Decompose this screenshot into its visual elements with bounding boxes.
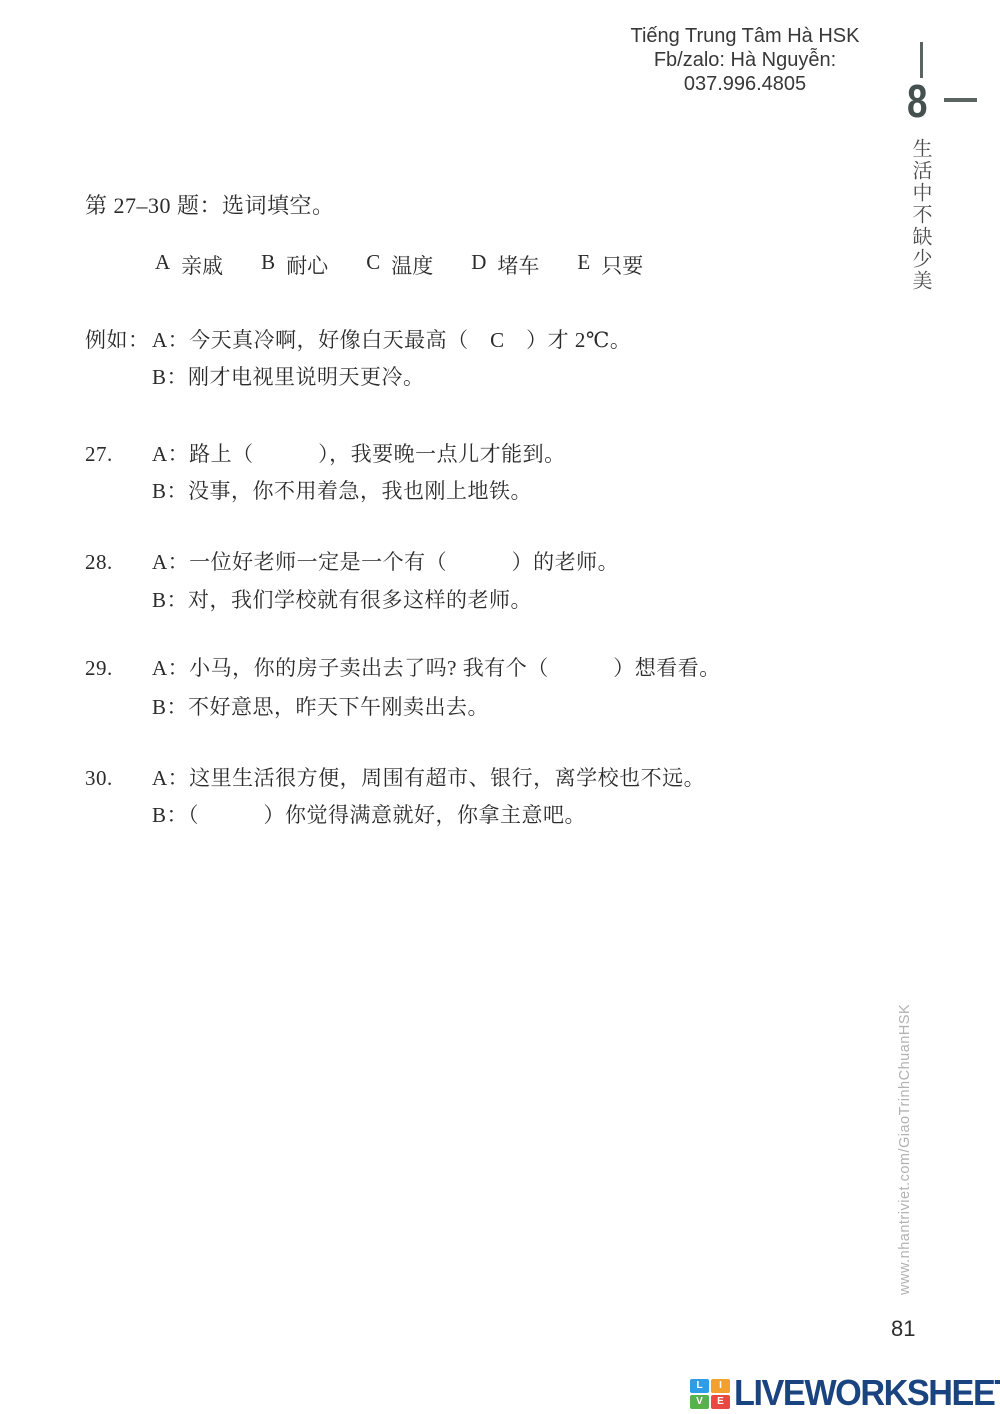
option-letter: A	[155, 250, 170, 280]
logo-square-e: E	[711, 1395, 730, 1409]
chapter-title-vertical: 生活中不缺少美	[906, 138, 935, 292]
word-bank: A 亲戚 B 耐心 C 温度 D 堵车 E 只要	[155, 250, 643, 280]
brand-line2: Fb/zalo: Hà Nguyễn: 037.996.4805	[595, 48, 895, 96]
logo-square-v: V	[690, 1395, 709, 1409]
option-word: 堵车	[497, 250, 539, 280]
word-bank-option-c: C 温度	[366, 250, 433, 280]
chapter-divider-horizontal	[944, 98, 977, 102]
option-word: 温度	[391, 250, 433, 280]
question-29-line-b: B：不好意思，昨天下午刚卖出去。	[85, 694, 489, 721]
word-bank-option-a: A 亲戚	[155, 250, 223, 280]
dialogue-text: B：对，我们学校就有很多这样的老师。	[152, 587, 532, 614]
logo-square-i: I	[711, 1379, 730, 1393]
brand-line1: Tiếng Trung Tâm Hà HSK	[595, 24, 895, 48]
brand-header: Tiếng Trung Tâm Hà HSK Fb/zalo: Hà Nguyễ…	[595, 24, 895, 96]
question-27-line-a: 27. A：路上（ ），我要晚一点儿才能到。	[85, 441, 566, 468]
dialogue-text: B：不好意思，昨天下午刚卖出去。	[152, 694, 489, 721]
example-line-a: 例如： A：今天真冷啊，好像白天最高（ C ）才 2℃。	[85, 327, 631, 354]
liveworksheets-wordmark: LIVEWORKSHEETS	[734, 1376, 1000, 1410]
dialogue-text: A：一位好老师一定是一个有（ ）的老师。	[152, 549, 619, 576]
question-number: 29.	[85, 655, 152, 682]
dialogue-text: B：刚才电视里说明天更冷。	[152, 364, 425, 391]
question-30-line-a: 30. A：这里生活很方便，周围有超市、银行，离学校也不远。	[85, 765, 705, 792]
word-bank-option-e: E 只要	[577, 250, 643, 280]
option-letter: B	[261, 250, 275, 280]
question-number: 27.	[85, 441, 152, 468]
question-number: 30.	[85, 765, 152, 792]
option-letter: D	[471, 250, 486, 280]
option-letter: C	[366, 250, 380, 280]
question-28-line-a: 28. A：一位好老师一定是一个有（ ）的老师。	[85, 549, 619, 576]
option-letter: E	[577, 250, 590, 280]
question-30-line-b: B：（ ）你觉得满意就好，你拿主意吧。	[85, 802, 586, 829]
page-number: 81	[891, 1316, 915, 1342]
dialogue-text: A：路上（ ），我要晚一点儿才能到。	[152, 441, 566, 468]
example-line-b: B：刚才电视里说明天更冷。	[85, 364, 425, 391]
liveworksheets-logo[interactable]: L I V E LIVEWORKSHEETS	[690, 1376, 1000, 1410]
question-number: 28.	[85, 549, 152, 576]
dialogue-text: A：今天真冷啊，好像白天最高（ C ）才 2℃。	[152, 327, 631, 354]
dialogue-text: A：小马，你的房子卖出去了吗? 我有个（ ）想看看。	[152, 655, 721, 682]
question-29-line-a: 29. A：小马，你的房子卖出去了吗? 我有个（ ）想看看。	[85, 655, 721, 682]
example-label: 例如：	[85, 327, 152, 354]
word-bank-option-b: B 耐心	[261, 250, 328, 280]
chapter-divider-vertical	[920, 42, 923, 78]
chapter-number: 8	[907, 78, 927, 124]
liveworksheets-logo-icon: L I V E	[690, 1379, 730, 1409]
question-28-line-b: B：对，我们学校就有很多这样的老师。	[85, 587, 532, 614]
exercise-title: 第 27–30 题：选词填空。	[85, 189, 335, 220]
option-word: 只要	[601, 250, 643, 280]
dialogue-text: A：这里生活很方便，周围有超市、银行，离学校也不远。	[152, 765, 705, 792]
dialogue-text: B：没事，你不用着急，我也刚上地铁。	[152, 478, 532, 505]
publisher-url-vertical: www.nhantriviet.com/GiaoTrinhChuanHSK	[897, 1003, 913, 1295]
logo-square-l: L	[690, 1379, 709, 1393]
word-bank-option-d: D 堵车	[471, 250, 539, 280]
dialogue-text: B：（ ）你觉得满意就好，你拿主意吧。	[152, 802, 586, 829]
question-27-line-b: B：没事，你不用着急，我也刚上地铁。	[85, 478, 532, 505]
option-word: 耐心	[286, 250, 328, 280]
option-word: 亲戚	[181, 250, 223, 280]
